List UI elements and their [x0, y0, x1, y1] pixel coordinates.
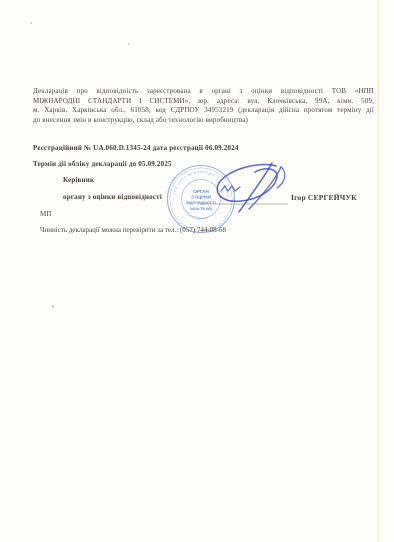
intro-paragraph-line: Декларація про відповідність зареєстрова…: [33, 87, 374, 97]
seal-place-abbreviation: МП: [40, 210, 51, 218]
signer-name: Ігор СЕРГЕЙЧУК: [291, 193, 357, 202]
signature-graphic: [188, 160, 293, 218]
signer-role-line1: Керівник: [63, 176, 94, 184]
validity-term-line: Термін дії обліку декларації до 05.09.20…: [33, 160, 172, 168]
verification-phone-line: Чинність декларації можна перевірити за …: [40, 226, 226, 234]
intro-paragraph: Декларація про відповідність зареєстрова…: [33, 87, 374, 125]
intro-paragraph-line: до внесення змін в конструкцію, склад аб…: [33, 116, 374, 126]
handwritten-signature: [188, 160, 293, 218]
intro-paragraph-line: м. Харків, Харківська обл., 61058, код Є…: [33, 106, 374, 116]
intro-paragraph-line: МІЖНАРОДНІ СТАНДАРТИ І СИСТЕМИ», юр. адр…: [33, 97, 374, 107]
document-text-layer: Декларація про відповідність зареєстрова…: [0, 0, 394, 542]
registration-number-line: Реєстраційний № UA.060.D.1345-24 дата ре…: [33, 144, 239, 152]
signer-role-line2: органу з оцінки відповідності: [63, 193, 162, 201]
